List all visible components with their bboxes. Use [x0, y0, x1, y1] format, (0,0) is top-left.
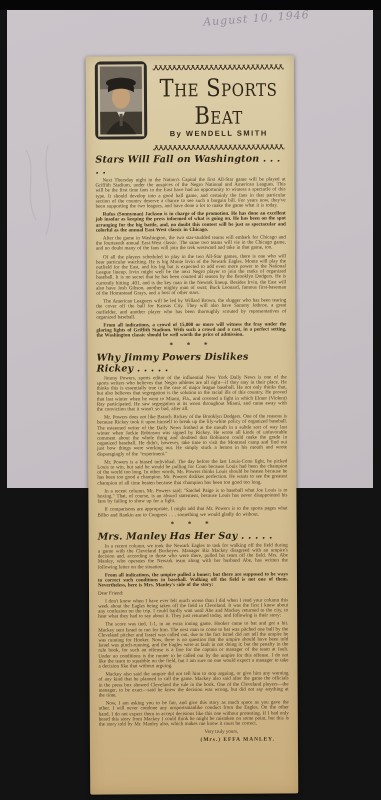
columnist-photo	[98, 64, 144, 136]
columnist-photo-frame	[95, 61, 147, 139]
masthead: The Sports Beat By WENDELL SMITH	[95, 60, 286, 150]
letter-closing: Very truly yours,	[99, 730, 289, 736]
letter-paragraph: I don't know when I have ever felt much …	[98, 598, 288, 620]
paragraph: In a recent column, we took the Newark E…	[98, 543, 288, 570]
star-divider: * * *	[98, 520, 288, 528]
section-heading-washington: Stars Will Fall on Washington . . . . .	[95, 153, 285, 176]
paragraph: The American Leaguers will be led by Wil…	[96, 299, 286, 321]
newspaper-clipping: The Sports Beat By WENDELL SMITH Stars W…	[86, 55, 299, 794]
letter-signature: (Mrs.) EFFA MANLEY.	[99, 737, 289, 744]
letter-salutation: Dear Friend:	[98, 591, 288, 597]
pencil-scribble	[18, 140, 78, 240]
paragraph: Jimmy Powers, sports editor of the influ…	[97, 375, 287, 413]
letter-paragraph: Mackey also said the umpire did not tell…	[99, 672, 289, 699]
letter-paragraph: The score was tied, 1-1, in an extra inn…	[98, 622, 288, 670]
portrait-illustration	[100, 66, 142, 134]
paragraph: Next Thursday night in the Nation's Capi…	[95, 177, 285, 209]
zigzag-rule-top	[153, 64, 284, 70]
zigzag-rule-bottom	[153, 144, 284, 150]
masthead-title-block: The Sports Beat By WENDELL SMITH	[152, 60, 286, 150]
column-title: The Sports Beat	[152, 74, 285, 130]
paragraph: If comparisons are appropriate, I might …	[98, 507, 288, 519]
paragraph: Rufus (Sonnyman) Jackson is in charge of…	[96, 212, 286, 234]
paragraph: From all indications, the umpire pulled …	[98, 572, 288, 589]
paragraph: From all indications, a crowd of 15,000 …	[96, 322, 286, 339]
paragraph: In a recent column, Mr. Powers said: "Sa…	[97, 488, 287, 505]
star-divider: * * *	[96, 341, 286, 349]
paragraph: Mr. Powers is a biased individual. The d…	[97, 459, 287, 486]
column-byline: By WENDELL SMITH	[152, 128, 285, 138]
paragraph: Of all the players scheduled to play in …	[96, 254, 286, 297]
section-heading-manley: Mrs. Manley Has Her Say . . . . .	[98, 530, 288, 542]
letter-paragraph: Now, I am asking you to be fair, and giv…	[99, 701, 289, 728]
paragraph: Mr. Powers does not like Branch Rickey o…	[97, 415, 287, 458]
paragraph: After the game in Washington, the two st…	[96, 235, 286, 252]
section-heading-powers: Why Jimmy Powers Dislikes Rickey . . . .…	[97, 351, 287, 374]
